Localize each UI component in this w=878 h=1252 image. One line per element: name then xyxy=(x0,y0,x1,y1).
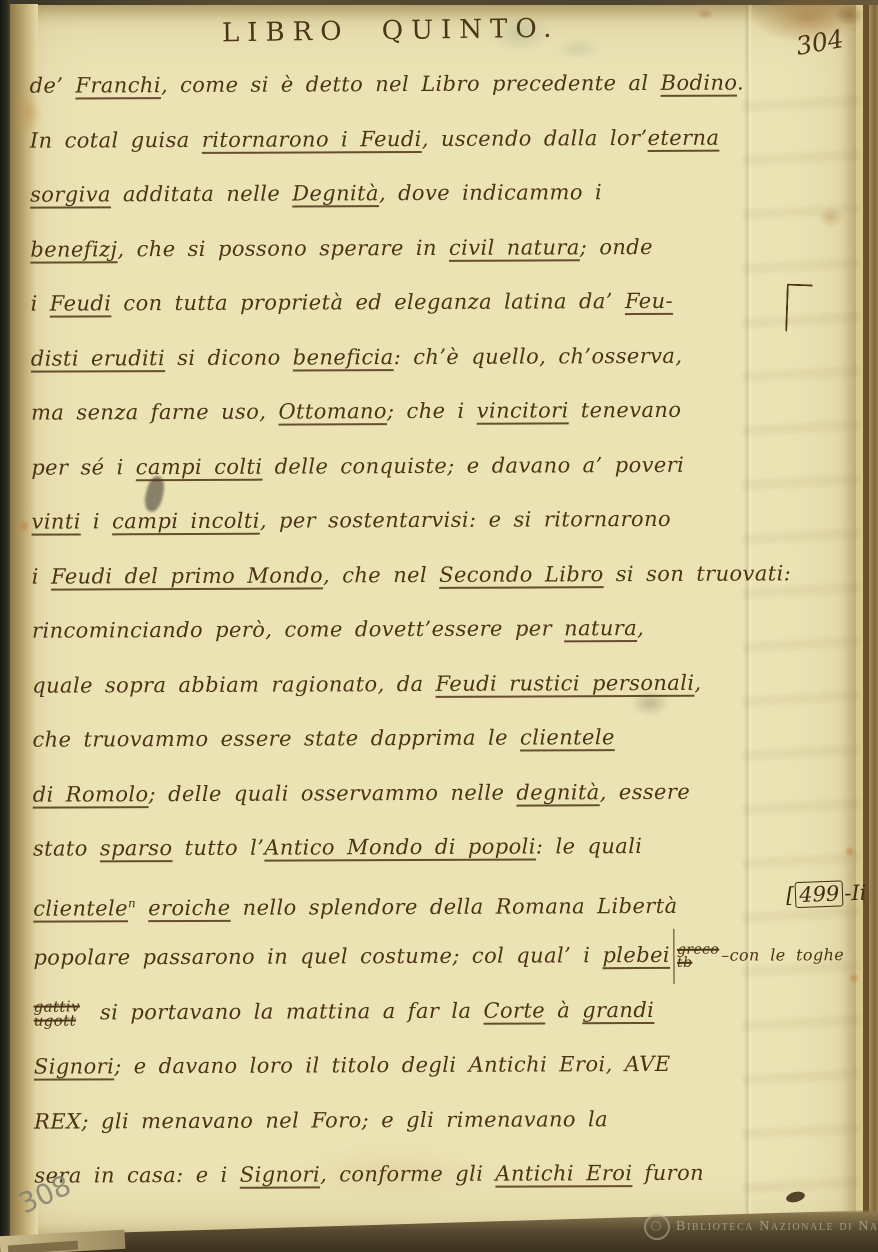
text-run: clientele xyxy=(520,725,615,749)
manuscript-line: vinti i campi incolti, per sostentarvisi… xyxy=(31,491,801,549)
margin-annotation: [499-Ii xyxy=(786,881,867,908)
text-run: i xyxy=(32,564,51,588)
struck-out-words: gattivugott xyxy=(34,999,80,1027)
text-run: Secondo Libro xyxy=(439,562,604,587)
text-run: , per sostentarvisi: e si ritornarono xyxy=(260,507,671,533)
interlinear-correction: grecotb–con le toghe xyxy=(673,928,844,983)
text-run: benefizj xyxy=(30,237,117,261)
text-run xyxy=(136,896,148,920)
text-run: disti eruditi xyxy=(31,346,165,371)
text-run: clientele xyxy=(33,896,128,920)
manuscript-line: In cotal guisa ritornarono i Feudi, usce… xyxy=(30,110,800,168)
manuscript-lines: de’ Franchi, come si è detto nel Libro p… xyxy=(30,55,805,1203)
text-run: ; delle quali osservammo nelle xyxy=(148,780,516,806)
struck-word: tb xyxy=(677,956,719,969)
manuscript-line: disti eruditi si dicono beneficia: ch’è … xyxy=(31,328,801,386)
struck-out-words: grecotb xyxy=(677,943,719,969)
text-run: ; e davano loro il titolo degli Antichi … xyxy=(114,1052,670,1078)
text-run: Ottomano xyxy=(278,399,387,423)
text-run: natura xyxy=(564,616,637,640)
margin-annotation-number: 499 xyxy=(795,880,844,908)
text-run: civil natura xyxy=(449,235,580,260)
text-run: Signori xyxy=(34,1054,114,1078)
text-run: si portavano la mattina a far la xyxy=(88,998,484,1024)
text-run: grandi xyxy=(582,997,654,1021)
manuscript-line: sera in casa: e i Signori, conforme gli … xyxy=(34,1145,804,1203)
text-run: Antichi Eroi xyxy=(495,1161,632,1186)
manuscript-line: i Feudi del primo Mondo, che nel Secondo… xyxy=(32,546,802,604)
text-run: . xyxy=(737,71,744,95)
text-run: In cotal guisa xyxy=(30,127,202,152)
manuscript-line: Signori; e davano loro il titolo degli A… xyxy=(34,1036,804,1094)
text-run: Bodino xyxy=(661,71,738,95)
manuscript-line: ma senza farne uso, Ottomano; che i vinc… xyxy=(31,382,801,440)
text-run: : le quali xyxy=(536,834,643,858)
text-run: popolare passarono in quel costume; col … xyxy=(33,943,602,969)
text-run: stato xyxy=(33,836,100,860)
text-run: ; che i xyxy=(387,399,477,423)
text-run: delle conquiste; e davano a’ poveri xyxy=(262,452,684,478)
text-run: n xyxy=(128,896,136,910)
text-run: Corte xyxy=(483,998,545,1022)
text-run: , essere xyxy=(600,779,691,803)
text-run: eroiche xyxy=(148,895,230,919)
text-run: Franchi xyxy=(75,73,161,97)
text-run: quale sopra abbiam ragionato, da xyxy=(32,671,435,697)
manuscript-line: stato sparso tutto l’Antico Mondo di pop… xyxy=(33,818,803,876)
library-watermark: Biblioteca Nazionale di Napoli xyxy=(644,1214,878,1240)
library-stamp-icon xyxy=(644,1214,670,1240)
struck-word: ugott xyxy=(34,1013,80,1027)
manuscript-line: rincominciando però, come dovett’essere … xyxy=(32,600,802,658)
manuscript-line: de’ Franchi, come si è detto nel Libro p… xyxy=(30,55,800,113)
text-run: , che si possono sperare in xyxy=(117,235,449,260)
text-run: Feu- xyxy=(625,289,673,313)
text-run: de’ xyxy=(30,73,76,97)
text-run: Antico Mondo di popoli xyxy=(264,834,536,859)
watermark-text: Biblioteca Nazionale di Napoli xyxy=(676,1219,878,1235)
manuscript-line: popolare passarono in quel costume; col … xyxy=(33,927,803,985)
book-binding xyxy=(0,0,10,1252)
margin-annotation-open: [ xyxy=(786,883,795,907)
text-run: con tutta proprietà ed eleganza latina d… xyxy=(111,289,625,315)
text-run: Degnità xyxy=(292,181,379,205)
text-run: eterna xyxy=(648,125,720,149)
text-run: degnità xyxy=(516,780,599,804)
text-run: ritornarono i Feudi xyxy=(202,126,422,151)
text-run: i xyxy=(31,292,50,316)
margin-annotation-tail: -Ii xyxy=(844,881,867,906)
text-run: di Romolo xyxy=(33,782,149,807)
manuscript-line: sorgiva additata nelle Degnità, dove ind… xyxy=(30,164,800,222)
text-run: che truovammo essere state dapprima le xyxy=(32,726,520,752)
inserted-words: –con le toghe xyxy=(721,928,844,983)
manuscript-line: REX; gli menavano nel Foro; e gli rimena… xyxy=(34,1091,804,1149)
manuscript-photo: LIBRO QUINTO. 304 de’ Franchi, come si è… xyxy=(0,0,878,1252)
text-run: , che nel xyxy=(323,562,439,587)
page-edge-strip xyxy=(869,5,878,1236)
text-run: Signori xyxy=(240,1162,320,1186)
text-run: tutto l’ xyxy=(172,836,264,860)
text-run: REX; gli menavano nel Foro; e gli rimena… xyxy=(34,1107,608,1134)
text-run: per sé i xyxy=(31,455,136,479)
text-run: i xyxy=(81,509,112,533)
text-run: vincitori xyxy=(477,398,569,422)
text-run: tenevano xyxy=(569,398,682,422)
manuscript-line: di Romolo; delle quali osservammo nelle … xyxy=(33,764,803,822)
text-run: Feudi del primo Mondo xyxy=(51,563,323,588)
text-run: Feudi xyxy=(50,291,112,315)
text-run: additata nelle xyxy=(111,182,292,207)
text-run: plebei xyxy=(602,943,670,967)
text-run: furon xyxy=(632,1161,704,1185)
page-title: LIBRO QUINTO. xyxy=(222,14,560,49)
text-run: sorgiva xyxy=(30,182,111,206)
text-run: , uscendo dalla lor’ xyxy=(422,125,648,150)
text-run: , come si è detto nel Libro precedente a… xyxy=(161,71,661,97)
text-run: , conforme gli xyxy=(320,1162,495,1187)
text-run: si dicono xyxy=(165,345,293,370)
text-run: sparso xyxy=(100,836,173,860)
text-run: vinti xyxy=(31,509,80,533)
manuscript-line: per sé i campi colti delle conquiste; e … xyxy=(31,437,801,495)
text-run: : ch’è quello, ch’osserva, xyxy=(394,343,683,368)
text-run: Feudi rustici personali xyxy=(435,670,694,695)
text-run: ma senza farne uso, xyxy=(31,400,278,425)
text-run: campi incolti xyxy=(112,509,260,534)
manuscript-line: quale sopra abbiam ragionato, da Feudi r… xyxy=(32,655,802,713)
text-run: ; onde xyxy=(580,234,653,258)
text-run: rincominciando però, come dovett’essere … xyxy=(32,616,564,642)
manuscript-line: che truovammo essere state dapprima le c… xyxy=(32,709,802,767)
manuscript-line: benefizj, che si possono sperare in civi… xyxy=(30,219,800,277)
margin-bracket-mark xyxy=(785,284,813,333)
text-run: , dove indicammo i xyxy=(379,180,602,205)
text-run: campi colti xyxy=(136,454,263,479)
text-run: nello splendore della Romana Libertà xyxy=(230,893,677,919)
text-run: si son truovati: xyxy=(604,561,792,586)
manuscript-line: gattivugott si portavano la mattina a fa… xyxy=(34,982,804,1040)
manuscript-line: clientelen eroiche nello splendore della… xyxy=(33,873,803,931)
text-run: , xyxy=(637,616,644,640)
text-run: beneficia xyxy=(293,345,394,369)
manuscript-line: i Feudi con tutta proprietà ed eleganza … xyxy=(30,273,800,331)
text-run: à xyxy=(545,998,582,1022)
text-run: , xyxy=(694,670,701,694)
